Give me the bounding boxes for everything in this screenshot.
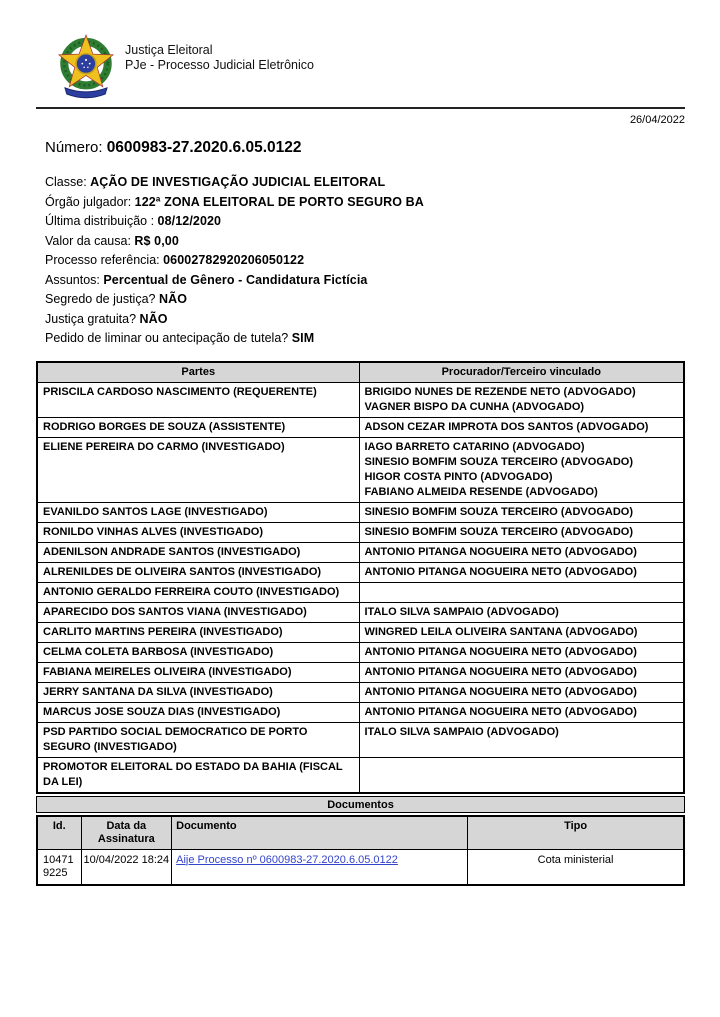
field-label: Valor da causa: — [45, 234, 134, 248]
parte-cell: JERRY SANTANA DA SILVA (INVESTIGADO) — [37, 682, 359, 702]
field-label: Pedido de liminar ou antecipação de tute… — [45, 331, 292, 345]
procurador-line: VAGNER BISPO DA CUNHA (ADVOGADO) — [365, 400, 679, 415]
field-value: 08/12/2020 — [158, 214, 222, 228]
field-label: Última distribuição : — [45, 214, 158, 228]
parte-cell: RONILDO VINHAS ALVES (INVESTIGADO) — [37, 522, 359, 542]
procurador-line: IAGO BARRETO CATARINO (ADVOGADO) — [365, 440, 679, 455]
procurador-cell: ITALO SILVA SAMPAIO (ADVOGADO) — [359, 722, 684, 757]
procurador-cell: SINESIO BOMFIM SOUZA TERCEIRO (ADVOGADO) — [359, 502, 684, 522]
header-org-line1: Justiça Eleitoral — [125, 43, 314, 58]
partes-header-row: Partes Procurador/Terceiro vinculado — [37, 362, 684, 383]
parte-cell: FABIANA MEIRELES OLIVEIRA (INVESTIGADO) — [37, 662, 359, 682]
parte-cell: ELIENE PEREIRA DO CARMO (INVESTIGADO) — [37, 437, 359, 502]
document-id-cell: 104719225 — [37, 849, 81, 885]
parte-cell: APARECIDO DOS SANTOS VIANA (INVESTIGADO) — [37, 602, 359, 622]
header-org-text: Justiça Eleitoral PJe - Processo Judicia… — [125, 33, 314, 73]
parte-cell: PROMOTOR ELEITORAL DO ESTADO DA BAHIA (F… — [37, 757, 359, 793]
data-assinatura-column-header: Data da Assinatura — [81, 816, 172, 850]
field-value: AÇÃO DE INVESTIGAÇÃO JUDICIAL ELEITORAL — [90, 175, 385, 189]
table-row: RODRIGO BORGES DE SOUZA (ASSISTENTE)ADSO… — [37, 417, 684, 437]
field-line: Órgão julgador: 122ª ZONA ELEITORAL DE P… — [45, 193, 685, 213]
parte-cell: PSD PARTIDO SOCIAL DEMOCRATICO DE PORTO … — [37, 722, 359, 757]
field-line: Pedido de liminar ou antecipação de tute… — [45, 329, 685, 349]
field-label: Classe: — [45, 175, 90, 189]
procurador-cell: ITALO SILVA SAMPAIO (ADVOGADO) — [359, 602, 684, 622]
table-row: APARECIDO DOS SANTOS VIANA (INVESTIGADO)… — [37, 602, 684, 622]
table-row: EVANILDO SANTOS LAGE (INVESTIGADO)SINESI… — [37, 502, 684, 522]
document-type-cell: Cota ministerial — [468, 849, 684, 885]
field-line: Última distribuição : 08/12/2020 — [45, 212, 685, 232]
tipo-column-header: Tipo — [468, 816, 684, 850]
procurador-line: ITALO SILVA SAMPAIO (ADVOGADO) — [365, 725, 679, 740]
procurador-line: ANTONIO PITANGA NOGUEIRA NETO (ADVOGADO) — [365, 665, 679, 680]
table-row: ALRENILDES DE OLIVEIRA SANTOS (INVESTIGA… — [37, 562, 684, 582]
process-number-value: 0600983-27.2020.6.05.0122 — [107, 139, 302, 156]
procurador-cell: BRIGIDO NUNES DE REZENDE NETO (ADVOGADO)… — [359, 382, 684, 417]
partes-table: Partes Procurador/Terceiro vinculado PRI… — [36, 361, 685, 794]
document-link[interactable]: Aije Processo nº 0600983-27.2020.6.05.01… — [176, 854, 398, 866]
header-divider — [36, 107, 685, 109]
process-number-label: Número: — [45, 139, 107, 156]
parte-cell: PRISCILA CARDOSO NASCIMENTO (REQUERENTE) — [37, 382, 359, 417]
document-page: Justiça Eleitoral PJe - Processo Judicia… — [0, 0, 720, 1017]
field-label: Processo referência: — [45, 253, 163, 267]
id-column-header: Id. — [37, 816, 81, 850]
procurador-cell: ANTONIO PITANGA NOGUEIRA NETO (ADVOGADO) — [359, 662, 684, 682]
parte-cell: CARLITO MARTINS PEREIRA (INVESTIGADO) — [37, 622, 359, 642]
field-line: Assuntos: Percentual de Gênero - Candida… — [45, 271, 685, 291]
procurador-line: HIGOR COSTA PINTO (ADVOGADO) — [365, 470, 679, 485]
document-date: 26/04/2022 — [36, 114, 685, 126]
table-row: RONILDO VINHAS ALVES (INVESTIGADO)SINESI… — [37, 522, 684, 542]
procurador-column-header: Procurador/Terceiro vinculado — [359, 362, 684, 383]
procurador-line: SINESIO BOMFIM SOUZA TERCEIRO (ADVOGADO) — [365, 525, 679, 540]
procurador-cell: ANTONIO PITANGA NOGUEIRA NETO (ADVOGADO) — [359, 642, 684, 662]
procurador-cell: WINGRED LEILA OLIVEIRA SANTANA (ADVOGADO… — [359, 622, 684, 642]
documentos-header-row: Id. Data da Assinatura Documento Tipo — [37, 816, 684, 850]
field-line: Segredo de justiça? NÃO — [45, 290, 685, 310]
table-row: PRISCILA CARDOSO NASCIMENTO (REQUERENTE)… — [37, 382, 684, 417]
field-value: Percentual de Gênero - Candidatura Fictí… — [103, 273, 367, 287]
parte-cell: RODRIGO BORGES DE SOUZA (ASSISTENTE) — [37, 417, 359, 437]
procurador-line: ANTONIO PITANGA NOGUEIRA NETO (ADVOGADO) — [365, 705, 679, 720]
parte-cell: MARCUS JOSE SOUZA DIAS (INVESTIGADO) — [37, 702, 359, 722]
procurador-cell: ADSON CEZAR IMPROTA DOS SANTOS (ADVOGADO… — [359, 417, 684, 437]
partes-body: PRISCILA CARDOSO NASCIMENTO (REQUERENTE)… — [37, 382, 684, 793]
procurador-cell: ANTONIO PITANGA NOGUEIRA NETO (ADVOGADO) — [359, 702, 684, 722]
procurador-line: WINGRED LEILA OLIVEIRA SANTANA (ADVOGADO… — [365, 625, 679, 640]
table-row: ELIENE PEREIRA DO CARMO (INVESTIGADO)IAG… — [37, 437, 684, 502]
procurador-line: ANTONIO PITANGA NOGUEIRA NETO (ADVOGADO) — [365, 545, 679, 560]
field-label: Justiça gratuita? — [45, 312, 140, 326]
field-label: Segredo de justiça? — [45, 292, 159, 306]
procurador-line: FABIANO ALMEIDA RESENDE (ADVOGADO) — [365, 485, 679, 500]
documento-column-header: Documento — [172, 816, 468, 850]
procurador-cell: ANTONIO PITANGA NOGUEIRA NETO (ADVOGADO) — [359, 682, 684, 702]
procurador-line: BRIGIDO NUNES DE REZENDE NETO (ADVOGADO) — [365, 385, 679, 400]
procurador-line: ITALO SILVA SAMPAIO (ADVOGADO) — [365, 605, 679, 620]
process-number-line: Número: 0600983-27.2020.6.05.0122 — [45, 139, 685, 157]
field-label: Órgão julgador: — [45, 195, 135, 209]
table-row: ANTONIO GERALDO FERREIRA COUTO (INVESTIG… — [37, 582, 684, 602]
field-value: R$ 0,00 — [134, 234, 178, 248]
table-row: MARCUS JOSE SOUZA DIAS (INVESTIGADO)ANTO… — [37, 702, 684, 722]
procurador-line: ADSON CEZAR IMPROTA DOS SANTOS (ADVOGADO… — [365, 420, 679, 435]
documentos-table: Id. Data da Assinatura Documento Tipo 10… — [36, 815, 685, 886]
parte-cell: EVANILDO SANTOS LAGE (INVESTIGADO) — [37, 502, 359, 522]
table-row: CELMA COLETA BARBOSA (INVESTIGADO)ANTONI… — [37, 642, 684, 662]
process-fields: Classe: AÇÃO DE INVESTIGAÇÃO JUDICIAL EL… — [45, 173, 685, 349]
procurador-cell: SINESIO BOMFIM SOUZA TERCEIRO (ADVOGADO) — [359, 522, 684, 542]
field-value: 122ª ZONA ELEITORAL DE PORTO SEGURO BA — [135, 195, 424, 209]
field-value: NÃO — [140, 312, 168, 326]
parte-cell: CELMA COLETA BARBOSA (INVESTIGADO) — [37, 642, 359, 662]
partes-column-header: Partes — [37, 362, 359, 383]
documentos-section-title: Documentos — [36, 796, 685, 813]
procurador-cell: ANTONIO PITANGA NOGUEIRA NETO (ADVOGADO) — [359, 562, 684, 582]
table-row: ADENILSON ANDRADE SANTOS (INVESTIGADO)AN… — [37, 542, 684, 562]
justica-eleitoral-coat-of-arms-logo — [55, 33, 117, 103]
table-row: PSD PARTIDO SOCIAL DEMOCRATICO DE PORTO … — [37, 722, 684, 757]
procurador-line: SINESIO BOMFIM SOUZA TERCEIRO (ADVOGADO) — [365, 505, 679, 520]
field-value: 06002782920206050122 — [163, 253, 304, 267]
table-row: JERRY SANTANA DA SILVA (INVESTIGADO)ANTO… — [37, 682, 684, 702]
procurador-line: ANTONIO PITANGA NOGUEIRA NETO (ADVOGADO) — [365, 685, 679, 700]
field-line: Processo referência: 0600278292020605012… — [45, 251, 685, 271]
table-row: PROMOTOR ELEITORAL DO ESTADO DA BAHIA (F… — [37, 757, 684, 793]
table-row: FABIANA MEIRELES OLIVEIRA (INVESTIGADO)A… — [37, 662, 684, 682]
header-org-line2: PJe - Processo Judicial Eletrônico — [125, 58, 314, 73]
procurador-cell — [359, 757, 684, 793]
parte-cell: ANTONIO GERALDO FERREIRA COUTO (INVESTIG… — [37, 582, 359, 602]
document-name-cell: Aije Processo nº 0600983-27.2020.6.05.01… — [172, 849, 468, 885]
document-header: Justiça Eleitoral PJe - Processo Judicia… — [55, 33, 685, 103]
field-line: Valor da causa: R$ 0,00 — [45, 232, 685, 252]
field-value: SIM — [292, 331, 315, 345]
document-row: 10471922510/04/2022 18:24Aije Processo n… — [37, 849, 684, 885]
procurador-cell: ANTONIO PITANGA NOGUEIRA NETO (ADVOGADO) — [359, 542, 684, 562]
procurador-line: SINESIO BOMFIM SOUZA TERCEIRO (ADVOGADO) — [365, 455, 679, 470]
parte-cell: ALRENILDES DE OLIVEIRA SANTOS (INVESTIGA… — [37, 562, 359, 582]
documentos-body: 10471922510/04/2022 18:24Aije Processo n… — [37, 849, 684, 885]
procurador-line: ANTONIO PITANGA NOGUEIRA NETO (ADVOGADO) — [365, 565, 679, 580]
table-row: CARLITO MARTINS PEREIRA (INVESTIGADO)WIN… — [37, 622, 684, 642]
procurador-cell — [359, 582, 684, 602]
field-label: Assuntos: — [45, 273, 103, 287]
field-line: Justiça gratuita? NÃO — [45, 310, 685, 330]
document-date-cell: 10/04/2022 18:24 — [81, 849, 172, 885]
field-value: NÃO — [159, 292, 187, 306]
procurador-cell: IAGO BARRETO CATARINO (ADVOGADO)SINESIO … — [359, 437, 684, 502]
procurador-line: ANTONIO PITANGA NOGUEIRA NETO (ADVOGADO) — [365, 645, 679, 660]
parte-cell: ADENILSON ANDRADE SANTOS (INVESTIGADO) — [37, 542, 359, 562]
field-line: Classe: AÇÃO DE INVESTIGAÇÃO JUDICIAL EL… — [45, 173, 685, 193]
